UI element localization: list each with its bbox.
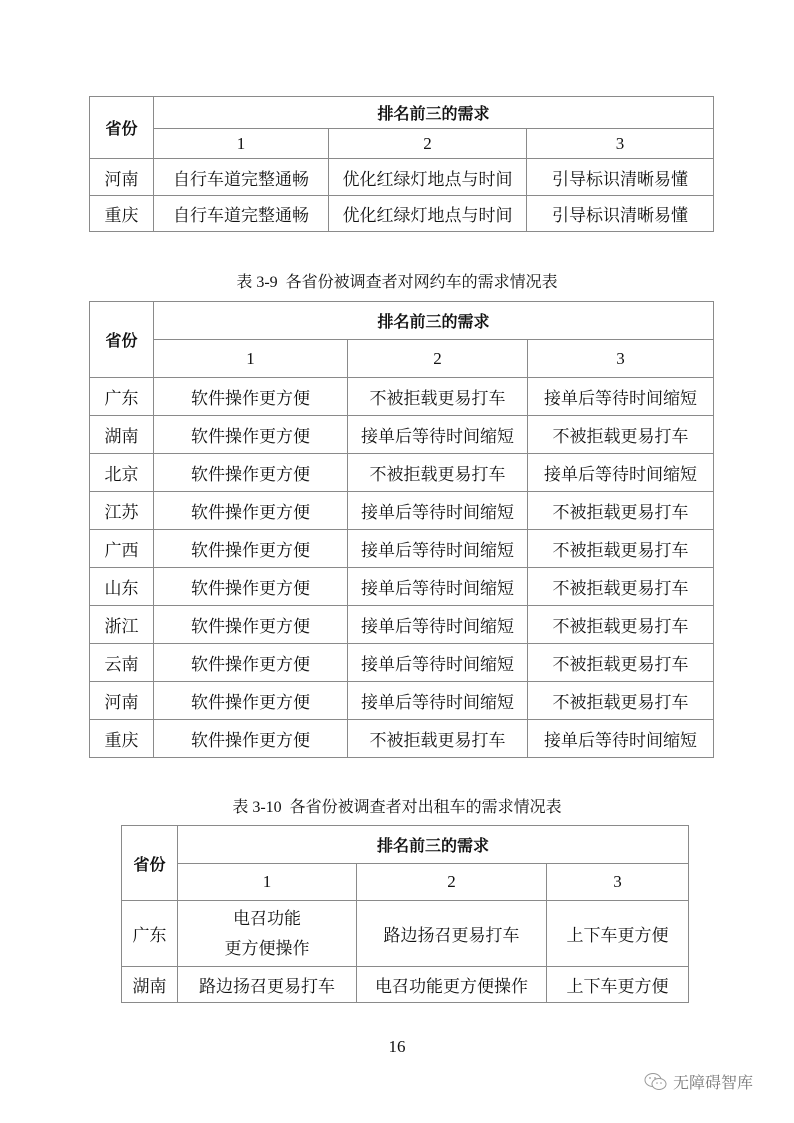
table-row: 广东 软件操作更方便 不被拒载更易打车 接单后等待时间缩短 — [90, 378, 714, 416]
header-rank-3: 3 — [528, 340, 714, 378]
need-cell: 不被拒载更易打车 — [348, 378, 528, 416]
province-cell: 广东 — [122, 901, 178, 967]
need-cell: 软件操作更方便 — [154, 568, 348, 606]
header-top-needs: 排名前三的需求 — [178, 826, 689, 864]
header-province: 省份 — [90, 302, 154, 378]
table-row: 重庆 自行车道完整通畅 优化红绿灯地点与时间 引导标识清晰易懂 — [90, 196, 714, 232]
caption-text: 各省份被调查者对出租车的需求情况表 — [290, 797, 562, 816]
need-cell: 自行车道完整通畅 — [154, 159, 329, 196]
need-cell: 接单后等待时间缩短 — [528, 454, 714, 492]
caption-prefix: 表 3-10 — [232, 799, 281, 816]
province-cell: 湖南 — [90, 416, 154, 454]
table-row: 山东 软件操作更方便 接单后等待时间缩短 不被拒载更易打车 — [90, 568, 714, 606]
need-cell: 软件操作更方便 — [154, 416, 348, 454]
table-row: 浙江 软件操作更方便 接单后等待时间缩短 不被拒载更易打车 — [90, 606, 714, 644]
header-rank-1: 1 — [178, 864, 357, 901]
need-cell: 不被拒载更易打车 — [348, 720, 528, 758]
need-cell: 软件操作更方便 — [154, 378, 348, 416]
table-row: 河南 自行车道完整通畅 优化红绿灯地点与时间 引导标识清晰易懂 — [90, 159, 714, 196]
need-cell: 接单后等待时间缩短 — [348, 606, 528, 644]
need-cell: 不被拒载更易打车 — [528, 416, 714, 454]
caption-prefix: 表 3-9 — [236, 274, 277, 291]
province-cell: 广西 — [90, 530, 154, 568]
header-rank-2: 2 — [348, 340, 528, 378]
header-province: 省份 — [90, 97, 154, 159]
header-rank-2: 2 — [329, 129, 527, 159]
need-cell: 不被拒载更易打车 — [528, 606, 714, 644]
need-cell: 软件操作更方便 — [154, 492, 348, 530]
table-3-9: 省份 排名前三的需求 1 2 3 广东 软件操作更方便 不被拒载更易打车 接单后… — [89, 301, 714, 758]
need-cell: 接单后等待时间缩短 — [348, 416, 528, 454]
need-cell: 自行车道完整通畅 — [154, 196, 329, 232]
need-cell: 电召功能 更方便操作 — [178, 901, 357, 967]
need-cell: 不被拒载更易打车 — [528, 530, 714, 568]
header-rank-3: 3 — [527, 129, 714, 159]
header-top-needs: 排名前三的需求 — [154, 302, 714, 340]
need-cell: 引导标识清晰易懂 — [527, 196, 714, 232]
need-cell: 不被拒载更易打车 — [528, 492, 714, 530]
need-cell: 软件操作更方便 — [154, 720, 348, 758]
need-cell: 上下车更方便 — [547, 901, 689, 967]
need-cell: 引导标识清晰易懂 — [527, 159, 714, 196]
need-cell: 软件操作更方便 — [154, 682, 348, 720]
province-cell: 江苏 — [90, 492, 154, 530]
page-number: 16 — [0, 1037, 794, 1057]
caption-text: 各省份被调查者对网约车的需求情况表 — [286, 272, 558, 291]
province-cell: 浙江 — [90, 606, 154, 644]
need-cell: 接单后等待时间缩短 — [348, 530, 528, 568]
need-line-2: 更方便操作 — [178, 934, 356, 964]
need-cell: 软件操作更方便 — [154, 454, 348, 492]
need-cell: 接单后等待时间缩短 — [348, 644, 528, 682]
need-cell: 软件操作更方便 — [154, 606, 348, 644]
province-cell: 山东 — [90, 568, 154, 606]
need-cell: 接单后等待时间缩短 — [348, 568, 528, 606]
need-cell: 上下车更方便 — [547, 967, 689, 1003]
table-row: 重庆 软件操作更方便 不被拒载更易打车 接单后等待时间缩短 — [90, 720, 714, 758]
province-cell: 重庆 — [90, 196, 154, 232]
header-top-needs: 排名前三的需求 — [154, 97, 714, 129]
table-top-continuation: 省份 排名前三的需求 1 2 3 河南 自行车道完整通畅 优化红绿灯地点与时间 … — [89, 96, 714, 232]
need-cell: 优化红绿灯地点与时间 — [329, 196, 527, 232]
header-province: 省份 — [122, 826, 178, 901]
need-cell: 软件操作更方便 — [154, 644, 348, 682]
need-cell: 路边扬召更易打车 — [357, 901, 547, 967]
province-cell: 北京 — [90, 454, 154, 492]
province-cell: 湖南 — [122, 967, 178, 1003]
need-cell: 接单后等待时间缩短 — [348, 682, 528, 720]
header-rank-2: 2 — [357, 864, 547, 901]
need-cell: 接单后等待时间缩短 — [528, 720, 714, 758]
table-row: 河南 软件操作更方便 接单后等待时间缩短 不被拒载更易打车 — [90, 682, 714, 720]
table-row: 广西 软件操作更方便 接单后等待时间缩短 不被拒载更易打车 — [90, 530, 714, 568]
header-rank-1: 1 — [154, 340, 348, 378]
table-3-10: 省份 排名前三的需求 1 2 3 广东 电召功能 更方便操作 路边扬召更易打车 … — [121, 825, 689, 1003]
need-line-1: 电召功能 — [178, 904, 356, 934]
province-cell: 云南 — [90, 644, 154, 682]
need-cell: 接单后等待时间缩短 — [528, 378, 714, 416]
need-cell: 优化红绿灯地点与时间 — [329, 159, 527, 196]
watermark-text: 无障碍智库 — [673, 1070, 753, 1093]
need-cell: 电召功能更方便操作 — [357, 967, 547, 1003]
need-cell: 不被拒载更易打车 — [528, 644, 714, 682]
table-row: 湖南 路边扬召更易打车 电召功能更方便操作 上下车更方便 — [122, 967, 689, 1003]
table-row: 广东 电召功能 更方便操作 路边扬召更易打车 上下车更方便 — [122, 901, 689, 967]
header-rank-3: 3 — [547, 864, 689, 901]
need-cell: 接单后等待时间缩短 — [348, 492, 528, 530]
table-row: 北京 软件操作更方便 不被拒载更易打车 接单后等待时间缩短 — [90, 454, 714, 492]
need-cell: 软件操作更方便 — [154, 530, 348, 568]
province-cell: 河南 — [90, 682, 154, 720]
table-row: 云南 软件操作更方便 接单后等待时间缩短 不被拒载更易打车 — [90, 644, 714, 682]
header-rank-1: 1 — [154, 129, 329, 159]
table-row: 江苏 软件操作更方便 接单后等待时间缩短 不被拒载更易打车 — [90, 492, 714, 530]
table-row: 湖南 软件操作更方便 接单后等待时间缩短 不被拒载更易打车 — [90, 416, 714, 454]
province-cell: 河南 — [90, 159, 154, 196]
province-cell: 广东 — [90, 378, 154, 416]
need-cell: 不被拒载更易打车 — [528, 682, 714, 720]
need-cell: 不被拒载更易打车 — [348, 454, 528, 492]
wechat-icon — [643, 1072, 669, 1092]
table-caption-3-9: 表 3-9 各省份被调查者对网约车的需求情况表 — [0, 269, 794, 292]
need-cell: 不被拒载更易打车 — [528, 568, 714, 606]
need-cell: 路边扬召更易打车 — [178, 967, 357, 1003]
table-caption-3-10: 表 3-10 各省份被调查者对出租车的需求情况表 — [0, 794, 794, 817]
province-cell: 重庆 — [90, 720, 154, 758]
watermark: 无障碍智库 — [643, 1070, 753, 1093]
